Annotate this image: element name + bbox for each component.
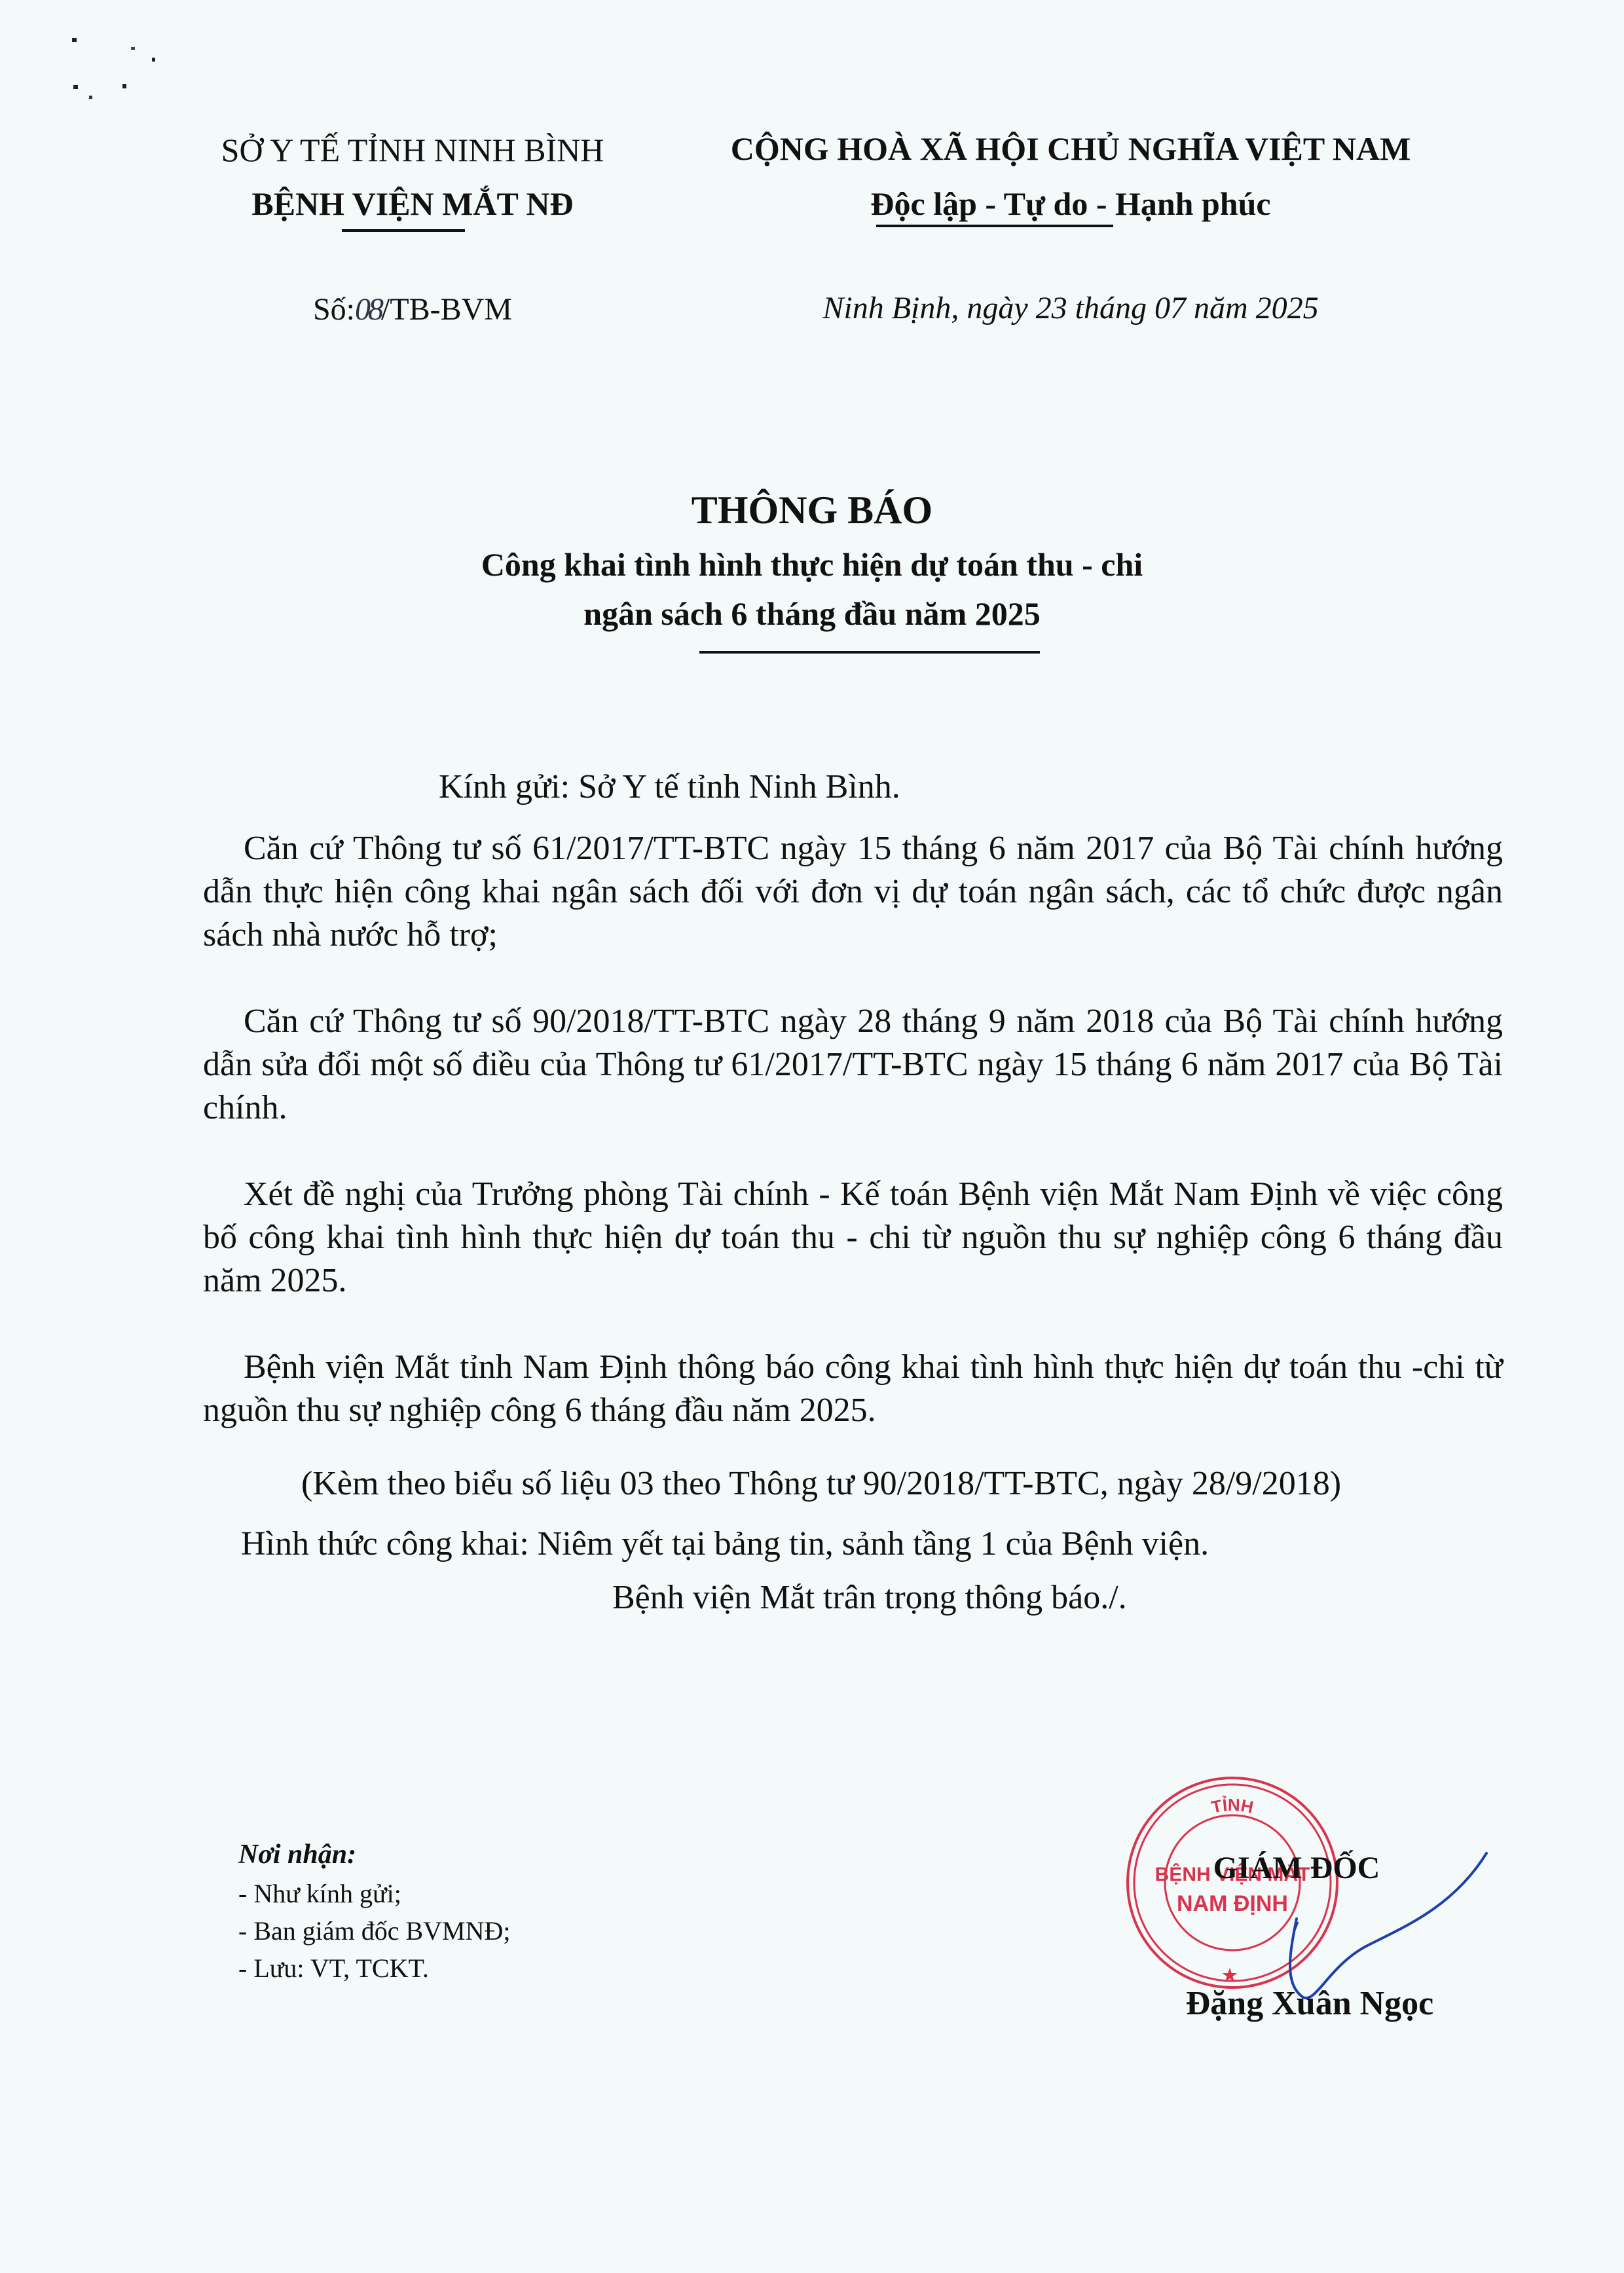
body-paragraph: Bệnh viện Mắt tỉnh Nam Định thông báo cô… — [203, 1346, 1503, 1432]
org-parent: SỞ Y TẾ TỈNH NINH BÌNH — [190, 131, 635, 169]
org-name: BỆNH VIỆN MẮT NĐ — [190, 185, 635, 223]
svg-text:TỈNH: TỈNH — [1209, 1795, 1255, 1817]
body-paragraph: Căn cứ Thông tư số 90/2018/TT-BTC ngày 2… — [203, 1000, 1503, 1130]
org-underline — [342, 229, 465, 232]
motto-underline — [876, 225, 1113, 227]
recipient-item: - Lưu: VT, TCKT. — [238, 1953, 429, 1984]
doc-number: Số:08/TB-BVM — [190, 291, 635, 327]
title-underline — [699, 651, 1040, 654]
recipient-item: - Như kính gửi; — [238, 1878, 401, 1909]
recipient-item: - Ban giám đốc BVMNĐ; — [238, 1915, 511, 1946]
document-title: THÔNG BÁO — [0, 488, 1624, 533]
document-subtitle-line2: ngân sách 6 tháng đầu năm 2025 — [0, 595, 1624, 633]
document-subtitle-line1: Công khai tình hình thực hiện dự toán th… — [0, 545, 1624, 583]
place-date: Ninh Bịnh, ngày 23 tháng 07 năm 2025 — [681, 290, 1460, 326]
scan-marks — [59, 33, 164, 105]
recipients-title: Nơi nhận: — [238, 1839, 356, 1870]
addressee: Kính gửi: Sở Y tế tỉnh Ninh Bình. — [439, 767, 900, 806]
body-paragraph: Xét đề nghị của Trưởng phòng Tài chính -… — [203, 1173, 1503, 1303]
svg-text:★: ★ — [1222, 1965, 1238, 1985]
closing-line: Bệnh viện Mắt trân trọng thông báo./. — [612, 1578, 1127, 1617]
stamp-text-top: TỈNH — [1209, 1795, 1255, 1817]
publish-form: Hình thức công khai: Niêm yết tại bảng t… — [241, 1525, 1209, 1563]
doc-number-suffix: /TB-BVM — [381, 292, 512, 327]
signer-name: Đặng Xuân Ngọc — [1126, 1984, 1493, 2023]
doc-number-prefix: Số: — [313, 292, 355, 327]
nation-title: CỘNG HOÀ XÃ HỘI CHỦ NGHĨA VIỆT NAM — [681, 130, 1460, 168]
attachment-note: (Kèm theo biểu số liệu 03 theo Thông tư … — [301, 1464, 1341, 1503]
doc-number-handwritten: 08 — [355, 292, 381, 327]
body-paragraph: Căn cứ Thông tư số 61/2017/TT-BTC ngày 1… — [203, 827, 1503, 957]
national-motto: Độc lập - Tự do - Hạnh phúc — [681, 185, 1460, 223]
